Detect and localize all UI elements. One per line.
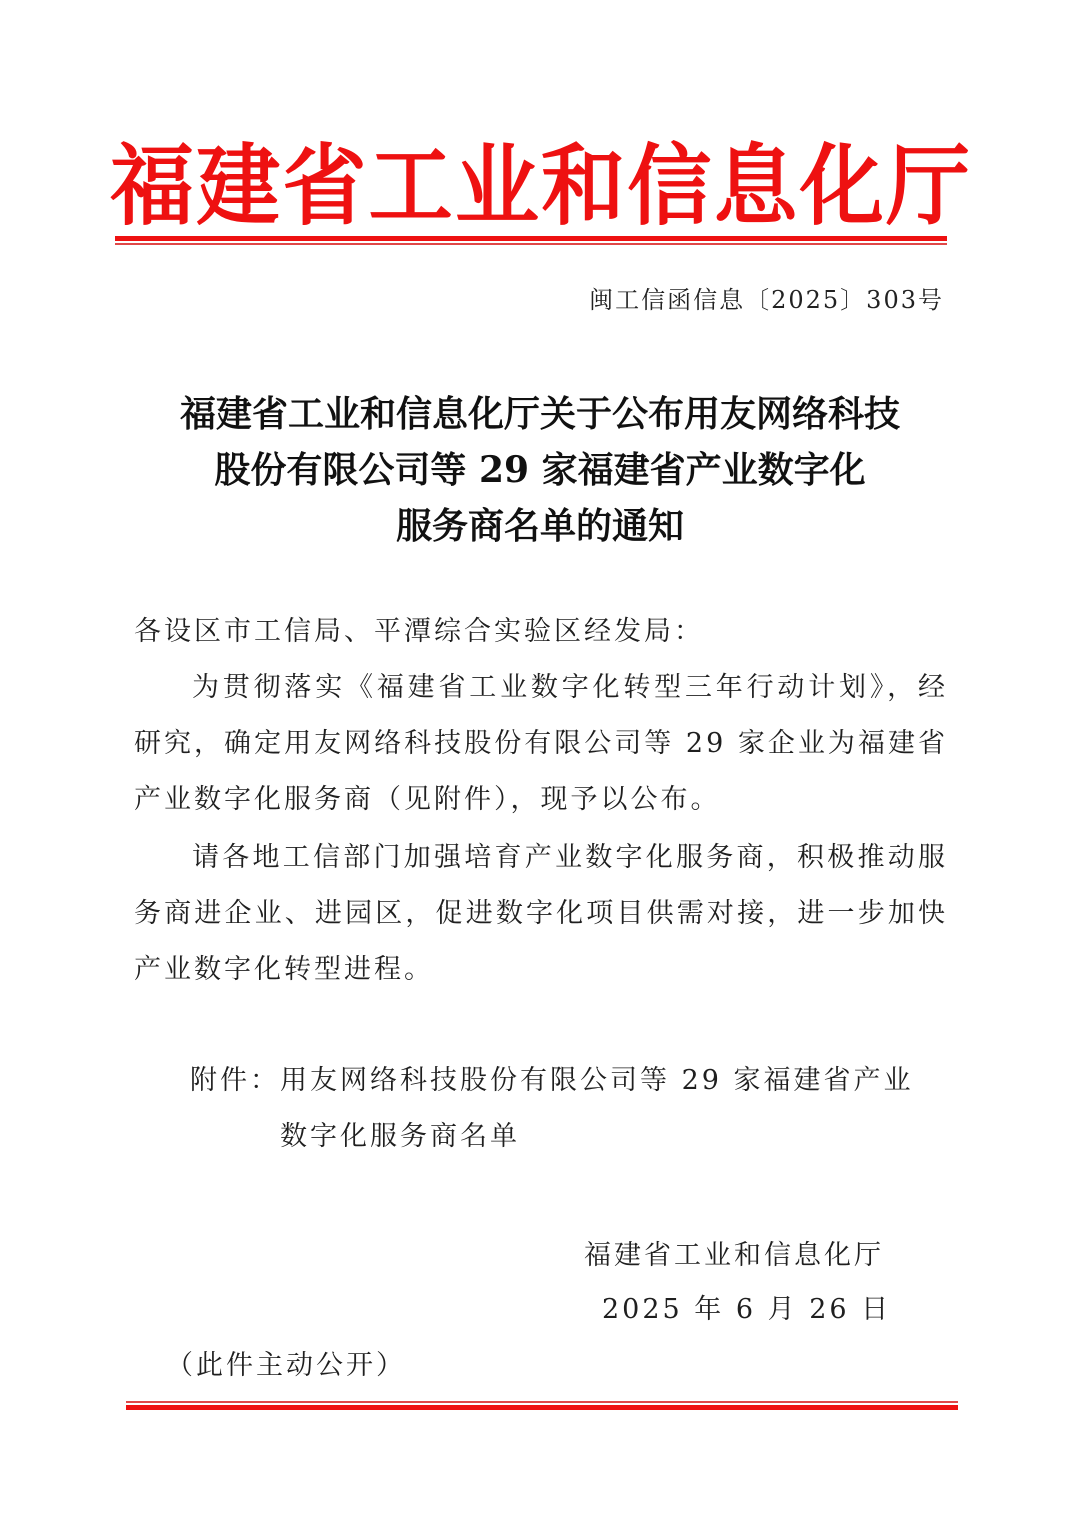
body-paragraph: 请各地工信部门加强培育产业数字化服务商，积极推动服务商进企业、进园区，促进数字化… bbox=[134, 830, 948, 998]
attachment-content: 用友网络科技股份有限公司等 29 家福建省产业数字化服务商名单 bbox=[280, 1053, 940, 1165]
title-line: 股份有限公司等 29 家福建省产业数字化 bbox=[120, 442, 960, 498]
footer-divider-thin bbox=[126, 1401, 958, 1403]
attachment-note: 附件： 用友网络科技股份有限公司等 29 家福建省产业数字化服务商名单 bbox=[190, 1053, 950, 1165]
masthead-char: 工 bbox=[369, 136, 453, 237]
salutation: 各设区市工信局、平潭综合实验区经发局： bbox=[134, 604, 704, 660]
document-number: 闽工信函信息〔2025〕303号 bbox=[589, 283, 944, 317]
masthead-char: 业 bbox=[455, 136, 539, 237]
disclosure-note: （此件主动公开） bbox=[166, 1338, 406, 1394]
header-divider-thin bbox=[115, 243, 947, 245]
footer-divider-thick bbox=[126, 1405, 958, 1410]
masthead-char: 建 bbox=[196, 136, 280, 237]
title-line: 服务商名单的通知 bbox=[120, 498, 960, 554]
signature-org: 福建省工业和信息化厅 bbox=[584, 1228, 884, 1284]
masthead-char: 息 bbox=[714, 136, 798, 237]
title-line: 福建省工业和信息化厅关于公布用友网络科技 bbox=[120, 386, 960, 442]
masthead-char: 信 bbox=[627, 136, 711, 237]
masthead-char: 福 bbox=[110, 136, 194, 237]
attachment-label: 附件： bbox=[190, 1053, 280, 1165]
masthead-char: 和 bbox=[541, 136, 625, 237]
masthead-title: 福 建 省 工 业 和 信 息 化 厅 bbox=[110, 138, 970, 234]
body-paragraph: 为贯彻落实《福建省工业数字化转型三年行动计划》，经研究，确定用友网络科技股份有限… bbox=[134, 660, 948, 828]
masthead-char: 省 bbox=[282, 136, 366, 237]
masthead-char: 化 bbox=[800, 136, 884, 237]
signature-date: 2025 年 6 月 26 日 bbox=[602, 1282, 891, 1338]
document-title: 福建省工业和信息化厅关于公布用友网络科技 股份有限公司等 29 家福建省产业数字… bbox=[120, 386, 960, 554]
header-divider-thick bbox=[115, 236, 947, 241]
masthead-char: 厅 bbox=[886, 136, 970, 237]
